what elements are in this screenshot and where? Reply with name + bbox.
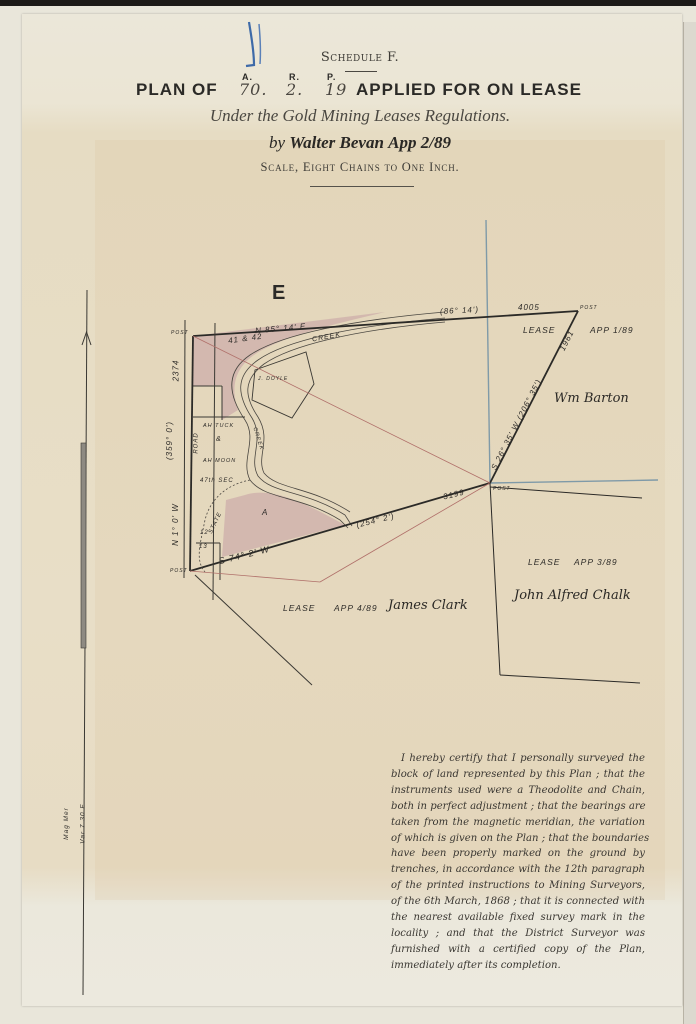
certificate-line: taken from the magnetic meridian, the va… (391, 815, 645, 831)
certificate-line: of the 6th March, 1868 ; that it is conn… (391, 894, 645, 910)
west-reverse-bearing: (359° 0') (165, 421, 174, 460)
certificate-line: trenches, in accordance with the 12th pa… (391, 862, 645, 878)
parcel-a-label: A (262, 508, 268, 517)
certificate-line: immediately after its completion. (391, 958, 645, 974)
certificate-line: the nearest available fixed survey mark … (391, 910, 645, 926)
lease-holder-barton: Wm Barton (554, 391, 629, 406)
surveyor-certificate: I hereby certify that I personally surve… (391, 751, 645, 974)
post-marker: POST (170, 568, 188, 574)
certificate-line: locality ; and that the District Surveyo… (391, 926, 645, 942)
j-doyle-label: J. DOYLE (258, 376, 288, 382)
certificate-line: instruments used were a Theodolite and C… (391, 783, 645, 799)
post-marker: POST (493, 486, 511, 492)
meridian-label-top: Mag Mer (63, 807, 70, 840)
road-label: ROAD (194, 432, 200, 453)
certificate-line: of the printed instructions to Mining Su… (391, 878, 645, 894)
lease-app-4-89: APP 4/89 (334, 603, 378, 613)
ah-tuck-label: AH TUCK (203, 423, 234, 429)
lease-app-1-89: APP 1/89 (590, 325, 634, 335)
meridian-arrow-icon (81, 290, 91, 995)
certificate-line: block of land represented by this Plan ;… (391, 767, 645, 783)
post-marker: POST (171, 330, 189, 336)
certificate-line: I hereby certify that I personally surve… (391, 751, 645, 767)
west-length: 2374 (171, 360, 180, 382)
certificate-line: both in perfect adjustment ; that the be… (391, 799, 645, 815)
north-length: 4005 (518, 303, 540, 312)
ah-moon-label: AH MOON (203, 458, 236, 464)
allotment-13-label: 13 (199, 544, 208, 550)
blue-grid-lines (486, 220, 658, 483)
certificate-line: furnished with a certified copy of the P… (391, 942, 645, 958)
lease-label: LEASE (283, 603, 315, 613)
post-marker: POST (580, 305, 598, 311)
certificate-line: have been properly marked on the ground … (391, 846, 645, 862)
ampersand-label: & (216, 436, 222, 443)
j-doyle-block (252, 352, 314, 418)
west-bearing: N 1° 0' W (171, 503, 180, 546)
lease-app-3-89: APP 3/89 (574, 557, 618, 567)
section-letter: E (272, 282, 285, 305)
meridian-label-bottom: Var 7 30 E (80, 803, 87, 843)
lease-label: LEASE (523, 325, 555, 335)
lease-holder-chalk: John Alfred Chalk (514, 588, 631, 603)
lease-holder-clark: James Clark (388, 598, 468, 613)
lease-label: LEASE (528, 557, 560, 567)
certificate-line: of which is given on the Plan ; that the… (391, 831, 645, 847)
sec-47-label: 47th SEC (200, 478, 234, 484)
adjacent-lease-lines (490, 483, 642, 683)
